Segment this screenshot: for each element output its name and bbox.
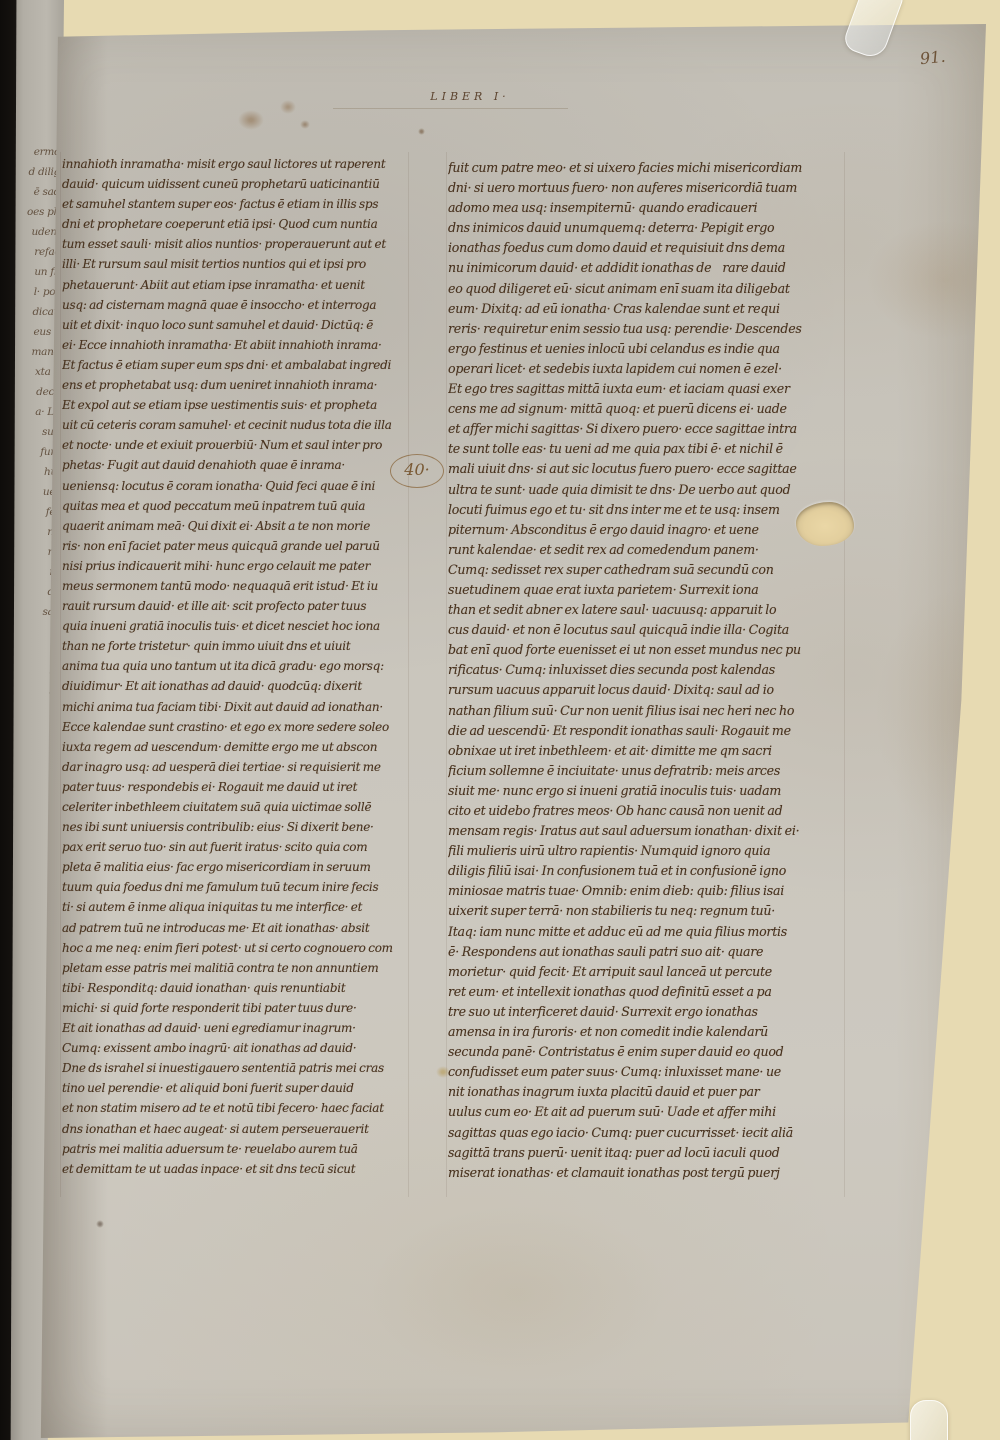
text-line: than et sedit abner ex latere saul· uacu… [448,600,846,620]
folio-number: 91. [919,47,946,69]
stain [280,100,296,114]
text-line: ergo festinus et uenies inlocū ubi celan… [448,339,846,359]
text-line: bat enī quod forte euenisset ei ut non e… [448,640,846,660]
text-line: michi· si quid forte responderit tibi pa… [62,998,410,1018]
text-line: pax erit seruo tuo· sin aut fuerit iratu… [62,837,410,857]
text-line: eum· Dixitq: ad eū ionatha· Cras kalenda… [448,299,846,319]
text-line: fili mulieris uirū ultro rapientis· Numq… [448,841,846,861]
parchment-hole [796,502,854,546]
text-line: mensam regis· Iratus aut saul aduersum i… [448,821,846,841]
text-line: dns inimicos dauid unumquemq: deterra· P… [448,218,846,238]
text-line: innahioth inramatha· misit ergo saul lic… [62,154,410,174]
text-line: quitas mea et quod peccatum meū inpatrem… [62,496,410,516]
text-line: michi anima tua faciam tibi· Dixit aut d… [62,697,410,717]
text-line: illi· Et rursum saul misit tertios nunti… [62,254,410,274]
text-column-right: fuit cum patre meo· et si uixero facies … [448,158,846,1183]
text-line: dns ionathan et haec augeat· si autem pe… [62,1119,410,1139]
text-line: usq: ad cisternam magnā quae ē insoccho·… [62,295,410,315]
text-line: nes ibi sunt uniuersis contribulib: eius… [62,817,410,837]
text-line: ris· non enī faciet pater meus quicquā g… [62,536,410,556]
text-line: uit et dixit· inquo loco sunt samuhel et… [62,315,410,335]
text-line: phetas· Fugit aut dauid denahioth quae ē… [62,455,410,475]
text-line: tum esset sauli· misit alios nuntios· pr… [62,234,410,254]
text-line: et non statim misero ad te et notū tibi … [62,1098,410,1118]
text-line: operari licet· et sedebis iuxta lapidem … [448,359,846,379]
text-line: ti· si autem ē inme aliqua iniquitas tu … [62,897,410,917]
text-line: te sunt tolle eas· tu ueni ad me quia pa… [448,439,846,459]
marginal-annotation: 40· [390,454,444,488]
text-line: cito et uidebo fratres meos· Ob hanc cau… [448,801,846,821]
column-ruling-line [446,152,447,1197]
text-line: nit ionathas inagrum iuxta placitū dauid… [448,1082,846,1102]
text-column-left: innahioth inramatha· misit ergo saul lic… [62,154,410,1179]
text-line: Et factus ē etiam super eum sps dni· et … [62,355,410,375]
text-line: ficium sollemne ē inciuitate· unus defra… [448,761,846,781]
stain [238,110,264,130]
text-line: Cumq: exissent ambo inagrū· ait ionathas… [62,1038,410,1058]
text-line: nathan filium suū· Cur non uenit filius … [448,701,846,721]
text-line: uit cū ceteris coram samuhel· et cecinit… [62,415,410,435]
text-line: fuit cum patre meo· et si uixero facies … [448,158,846,178]
text-line: nu inimicorum dauid· et addidit ionathas… [448,258,846,278]
running-title-rule [333,108,568,109]
text-line: celeriter inbethleem ciuitatem suā quia … [62,797,410,817]
text-line: adomo mea usq: insempiternū· quando erad… [448,198,846,218]
text-line: tibi· Responditq: dauid ionathan· quis r… [62,978,410,998]
text-line: confudisset eum pater suus· Cumq: inluxi… [448,1062,846,1082]
text-line: uulus cum eo· Et ait ad puerum suū· Uade… [448,1102,846,1122]
text-line: rauit rursum dauid· et ille ait· scit pr… [62,596,410,616]
text-line: pater tuus· respondebis ei· Rogauit me d… [62,777,410,797]
manuscript-photo: ermod diligē sadoes phudemrefacun flīl· … [0,0,1000,1440]
text-line: dauid· quicum uidissent cuneū prophetarū… [62,174,410,194]
text-line: Itaq: iam nunc mitte et adduc eū ad me q… [448,922,846,942]
text-line: phetauerunt· Abiit aut etiam ipse inrama… [62,275,410,295]
stain [368,1204,668,1384]
text-line: piternum· Absconditus ē ergo dauid inagr… [448,520,846,540]
text-line: eo quod diligeret eū· sicut animam enī s… [448,279,846,299]
text-line: quaerit animam meā· Qui dixit ei· Absit … [62,516,410,536]
text-line: iuxta regem ad uescendum· demitte ergo m… [62,737,410,757]
running-title: LIBER I· [390,90,550,103]
text-line: ret eum· et intellexit ionathas quod def… [448,982,846,1002]
text-line: diuidimur· Et ait ionathas ad dauid· quo… [62,676,410,696]
text-line: miserat ionathas· et clamauit ionathas p… [448,1163,846,1183]
text-line: obnixae ut iret inbethleem· et ait· dimi… [448,741,846,761]
text-line: reris· requiretur enim sessio tua usq: p… [448,319,846,339]
text-line: diligis filiū isai· In confusionem tuā e… [448,861,846,881]
text-line: amensa in ira furoris· et non comedit in… [448,1022,846,1042]
text-line: cus dauid· et non ē locutus saul quicquā… [448,620,846,640]
text-line: et affer michi sagittas· Si dixero puero… [448,419,846,439]
text-line: et samuhel stantem super eos· factus ē e… [62,194,410,214]
text-line: secunda panē· Contristatus ē enim super … [448,1042,846,1062]
text-line: patris mei malitia aduersum te· reuelabo… [62,1139,410,1159]
text-line: meus sermonem tantū modo· nequaquā erit … [62,576,410,596]
text-line: sagittas quas ego iacio· Cumq: puer cucu… [448,1123,846,1143]
page-edge-shade [896,24,986,1438]
text-line: nisi prius indicauerit mihi· hunc ergo c… [62,556,410,576]
stain [300,120,310,129]
manuscript-page: LIBER I· 91. innahioth inramatha· misit … [38,24,986,1438]
text-line: pletam esse patris mei malitiā contra te… [62,958,410,978]
text-line: ei· Ecce innahioth inramatha· Et abiit i… [62,335,410,355]
text-line: Dne ds israhel si inuestigauero sententi… [62,1058,410,1078]
text-line: dni· si uero mortuus fuero· non auferes … [448,178,846,198]
text-line: pleta ē malitia eius· fac ergo misericor… [62,857,410,877]
text-line: cens me ad signum· mittā quoq: et puerū … [448,399,846,419]
text-line: sagittā trans puerū· uenit itaq: puer ad… [448,1143,846,1163]
text-line: than ne forte tristetur· quin immo uiuit… [62,636,410,656]
text-line: tuum quia foedus dni me famulum tuū tecu… [62,877,410,897]
text-line: quia inueni gratiā inoculis tuis· et dic… [62,616,410,636]
text-line: ens et prophetabat usq: dum ueniret inna… [62,375,410,395]
text-line: Cumq: sedisset rex super cathedram suā s… [448,560,846,580]
text-line: Et ego tres sagittas mittā iuxta eum· et… [448,379,846,399]
text-line: locuti fuimus ego et tu· sit dns inter m… [448,500,846,520]
text-line: rursum uacuus apparuit locus dauid· Dixi… [448,680,846,700]
text-line: dni et prophetare coeperunt etiā ipsi· Q… [62,214,410,234]
text-line: hoc a me neq: enim fieri potest· ut si c… [62,938,410,958]
text-line: siuit me· nunc ergo si inueni gratiā ino… [448,781,846,801]
text-line: mali uiuit dns· si aut sic locutus fuero… [448,459,846,479]
text-line: ueniensq: locutus ē coram ionatha· Quid … [62,476,410,496]
stain [418,128,425,135]
text-line: et nocte· unde et exiuit prouerbiū· Num … [62,435,410,455]
text-line: die ad uescendū· Et respondit ionathas s… [448,721,846,741]
text-line: Et expol aut se etiam ipse uestimentis s… [62,395,410,415]
text-line: runt kalendae· et sedit rex ad comedendu… [448,540,846,560]
text-line: suetudinem quae erat iuxta parietem· Sur… [448,580,846,600]
text-line: rificatus· Cumq: inluxisset dies secunda… [448,660,846,680]
text-line: dar inagro usq: ad uesperā diei tertiae·… [62,757,410,777]
text-line: Ecce kalendae sunt crastino· et ego ex m… [62,717,410,737]
text-line: anima tua quia uno tantum ut ita dicā gr… [62,656,410,676]
text-line: tre suo ut interficeret dauid· Surrexit … [448,1002,846,1022]
column-ruling-line [60,152,61,1197]
text-line: Et ait ionathas ad dauid· ueni egrediamu… [62,1018,410,1038]
plastic-clip-bottom [910,1400,948,1440]
text-line: tino uel perendie· et aliquid boni fueri… [62,1078,410,1098]
text-line: ultra te sunt· uade quia dimisit te dns·… [448,480,846,500]
text-line: ionathas foedus cum domo dauid et requis… [448,238,846,258]
text-line: et demittam te ut uadas inpace· et sit d… [62,1159,410,1179]
text-line: ad patrem tuū ne introducas me· Et ait i… [62,918,410,938]
text-line: ē· Respondens aut ionathas sauli patri s… [448,942,846,962]
text-line: morietur· quid fecit· Et arripuit saul l… [448,962,846,982]
text-line: miniosae matris tuae· Omnib: enim dieb: … [448,881,846,901]
text-line: uixerit super terrā· non stabilieris tu … [448,901,846,921]
